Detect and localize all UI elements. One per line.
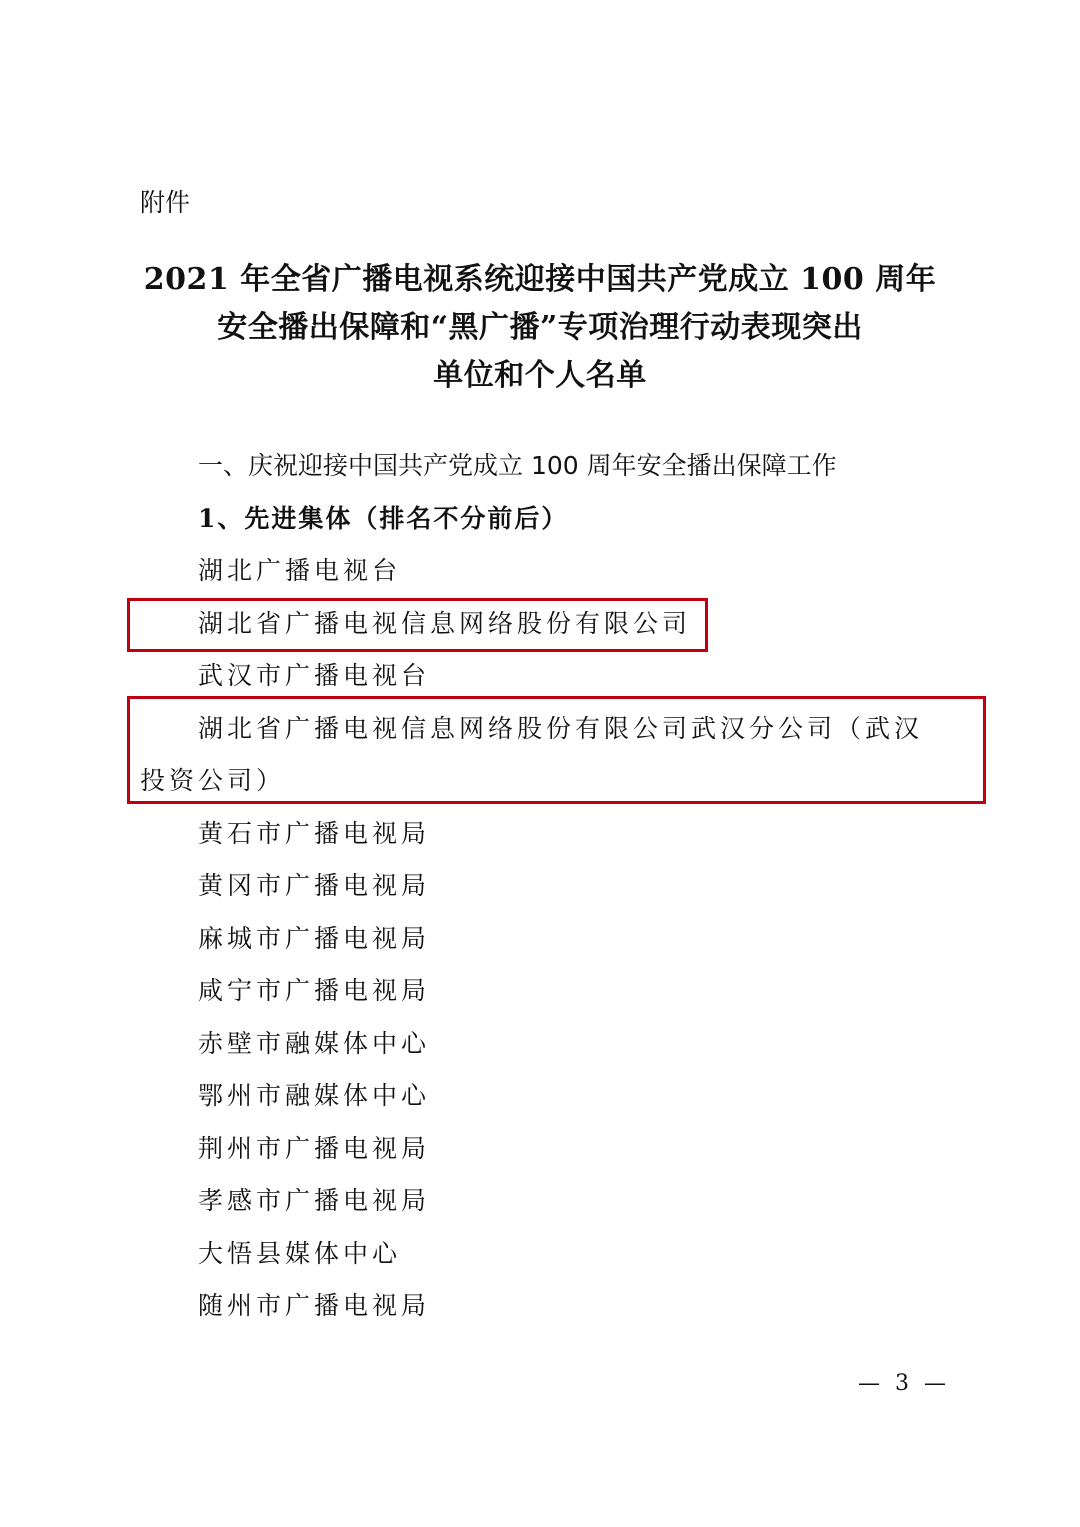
- list-item: 湖北广播电视台: [198, 551, 401, 587]
- list-item: 黄冈市广播电视局: [198, 866, 430, 902]
- document-title-line-3: 单位和个人名单: [0, 350, 1080, 394]
- subsection-heading: 1、先进集体（排名不分前后）: [198, 499, 568, 535]
- list-item: 孝感市广播电视局: [198, 1181, 430, 1217]
- document-title-line-1: 2021 年全省广播电视系统迎接中国共产党成立 100 周年: [0, 254, 1080, 298]
- attachment-label: 附件: [140, 183, 190, 219]
- list-item: 咸宁市广播电视局: [198, 971, 430, 1007]
- list-item: 武汉市广播电视台: [198, 656, 430, 692]
- list-item: 赤壁市融媒体中心: [198, 1024, 430, 1060]
- list-item-continuation: 投资公司）: [140, 761, 285, 797]
- list-item: 鄂州市融媒体中心: [198, 1076, 430, 1112]
- page-number: — 3 —: [858, 1371, 950, 1396]
- list-item: 随州市广播电视局: [198, 1286, 430, 1322]
- list-item: 黄石市广播电视局: [198, 814, 430, 850]
- list-item-highlighted: 湖北省广播电视信息网络股份有限公司: [198, 604, 691, 640]
- list-item: 麻城市广播电视局: [198, 919, 430, 955]
- document-title-line-2: 安全播出保障和“黑广播”专项治理行动表现突出: [0, 302, 1080, 346]
- section-heading: 一、庆祝迎接中国共产党成立 100 周年安全播出保障工作: [198, 446, 837, 482]
- list-item: 荆州市广播电视局: [198, 1129, 430, 1165]
- list-item-highlighted: 湖北省广播电视信息网络股份有限公司武汉分公司（武汉: [198, 709, 923, 745]
- list-item: 大悟县媒体中心: [198, 1234, 401, 1270]
